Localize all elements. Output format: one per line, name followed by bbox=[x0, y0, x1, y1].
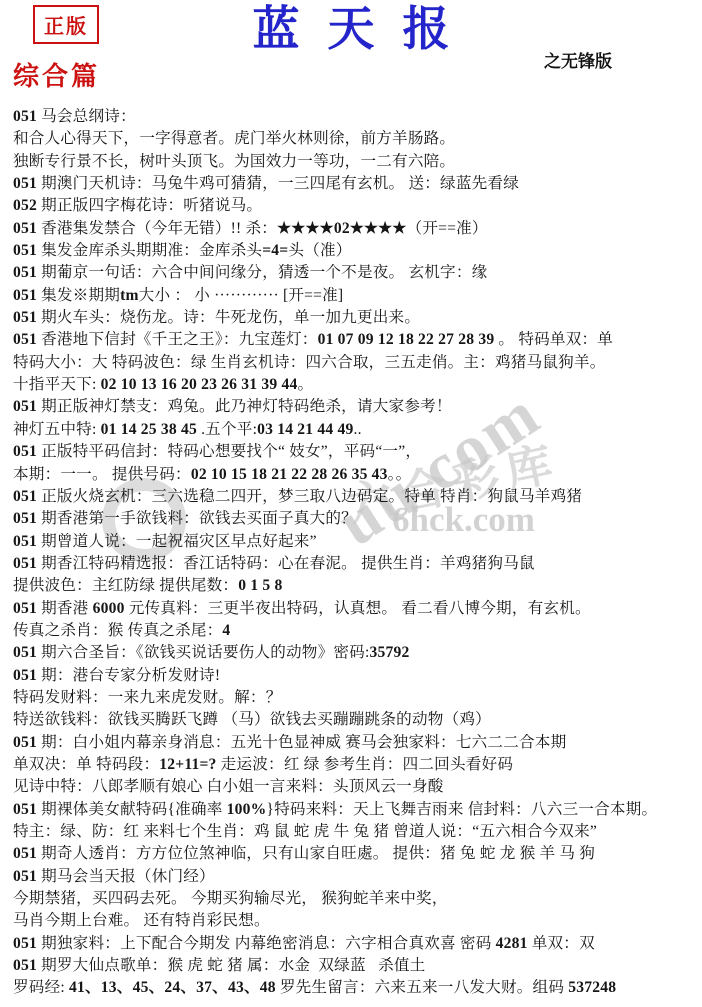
line-bold-text: 051 bbox=[13, 488, 37, 505]
line-text: 特主：绿、防：红 来料七个生肖：鸡 鼠 蛇 虎 牛 兔 猪 曾道人说：“五六相合… bbox=[13, 823, 597, 840]
line-bold-text: 0 1 5 8 bbox=[238, 577, 282, 594]
line-text: 期罗大仙点歌单：猴 虎 蛇 猪 属：水金 双绿蓝 杀值土 bbox=[37, 957, 425, 974]
line-text: 单双：双 bbox=[528, 935, 595, 952]
line-bold-text: 12+11=? bbox=[159, 756, 216, 773]
line-text: 期马会当天报（休门经） bbox=[37, 868, 215, 885]
line-text: 头（准） bbox=[288, 242, 351, 259]
report-line: 051 期罗大仙点歌单：猴 虎 蛇 猪 属：水金 双绿蓝 杀值土 bbox=[13, 955, 699, 977]
report-line: 051 期裸体美女献特码{准确率 100%}特码来料：天上飞舞吉雨来 信封料：八… bbox=[13, 799, 699, 821]
line-bold-text: 4 bbox=[222, 622, 230, 639]
report-line: 051 期香港第一手欲钱料：欲钱去买面子真大的？ bbox=[13, 508, 699, 530]
report-line: 051 期：白小姐内幕亲身消息：五光十色显神威 赛马会独家料：七六二二合本期 bbox=[13, 732, 699, 754]
line-text: .五个平: bbox=[197, 421, 257, 438]
line-bold-text: 01 14 25 38 45 bbox=[97, 421, 197, 438]
report-line: 见诗中特：八郎孝顺有娘心 白小姐一言来料：头顶风云一身酸 bbox=[13, 776, 699, 798]
line-bold-text: 4281 bbox=[496, 935, 528, 952]
report-line: 051 香港集发禁合（今年无错）!! 杀：★★★★02★★★★（开==准） bbox=[13, 218, 699, 240]
line-text: 。 特码单双：单 bbox=[494, 331, 613, 348]
report-line: 独断专行景不长，树叶头顶飞。为国效力一等功，一二有六陪。 bbox=[13, 151, 699, 173]
line-text: 期六合圣旨：《欲钱买说话要伤人的动物》密码: bbox=[37, 644, 370, 661]
line-text: }特码来料：天上飞舞吉雨来 信封料：八六三一合本期。 bbox=[266, 801, 657, 818]
line-text: 期独家料：上下配合今期发 内幕绝密消息：六字相合真欢喜 密码 bbox=[37, 935, 496, 952]
line-text: 大小 ： 小 ············ [开==准] bbox=[139, 287, 344, 304]
report-line: 051 期马会当天报（休门经） bbox=[13, 866, 699, 888]
report-line: 马肖今期上台难。 还有特肖彩民想。 bbox=[13, 910, 699, 932]
line-text: 期香港第一手欲钱料：欲钱去买面子真大的？ bbox=[37, 510, 357, 527]
edition-label: 之无锋版 bbox=[544, 47, 612, 72]
line-bold-text: 03 14 21 44 49 bbox=[257, 421, 353, 438]
line-text: 正版特平码信封：特码心想要找个“ 妓女”，平码“一”， bbox=[37, 443, 421, 460]
report-line: 特主：绿、防：红 来料七个生肖：鸡 鼠 蛇 虎 牛 兔 猪 曾道人说：“五六相合… bbox=[13, 821, 699, 843]
line-bold-text: 051 bbox=[13, 108, 37, 125]
report-line: 051 期独家料：上下配合今期发 内幕绝密消息：六字相合真欢喜 密码 4281 … bbox=[13, 933, 699, 955]
line-bold-text: 537248 bbox=[568, 979, 616, 996]
report-lines: 051 马会总纲诗：和合人心得天下，一字得意者。虎门举火林则徐，前方羊肠路。独断… bbox=[13, 106, 699, 1000]
line-bold-text: 100% bbox=[227, 801, 267, 818]
report-line: 052 期正版四字梅花诗：听猪说马。 bbox=[13, 195, 699, 217]
line-text: 期香港 bbox=[37, 600, 93, 617]
line-text: 提供波色：主红防绿 提供尾数： bbox=[13, 577, 238, 594]
line-text: 期曾道人说：一起祝福灾区早点好起来” bbox=[37, 533, 317, 550]
report-line: 单双决：单 特码段：12+11=? 走运波：红 绿 参考生肖：四二回头看好码 bbox=[13, 754, 699, 776]
line-text: 马肖今期上台难。 还有特肖彩民想。 bbox=[13, 912, 270, 929]
report-line: 本期：一一。 提供号码：02 10 15 18 21 22 28 26 35 4… bbox=[13, 464, 699, 486]
line-text: 香港地下信封《千王之王》：九宝莲灯： bbox=[37, 331, 318, 348]
report-line: 051 期正版神灯禁支：鸡兔。此乃神灯特码绝杀，请大家参考！ bbox=[13, 396, 699, 418]
line-bold-text: 051 bbox=[13, 845, 37, 862]
report-line: 051 集发金库杀头期期准：金库杀头=4=头（准） bbox=[13, 240, 699, 262]
line-text: .. bbox=[353, 421, 361, 438]
line-bold-text: 051 bbox=[13, 868, 37, 885]
line-bold-text: =4= bbox=[262, 242, 288, 259]
report-line: 051 正版火烧玄机：三六选稳二四开，梦三取八边码定。特单 特肖：狗鼠马羊鸡猪 bbox=[13, 486, 699, 508]
report-line: 051 集发※期期tm大小 ： 小 ············ [开==准] bbox=[13, 285, 699, 307]
report-line: 051 期曾道人说：一起祝福灾区早点好起来” bbox=[13, 531, 699, 553]
line-text: 传真之杀肖：猴 传真之杀尾： bbox=[13, 622, 222, 639]
line-text: 期澳门天机诗：马兔牛鸡可猜猜，一三四尾有玄机。 送：绿蓝先看绿 bbox=[37, 175, 519, 192]
line-text: 香港集发禁合（今年无错）!! 杀： bbox=[37, 220, 277, 237]
line-text: 今期禁猪，买四码去死。 今期买狗输尽光， 猴狗蛇羊来中奖， bbox=[13, 890, 448, 907]
line-bold-text: 051 bbox=[13, 935, 37, 952]
report-line: 特码大小：大 特码波色：绿 生肖玄机诗：四六合取，三五走俏。主：鸡猪马鼠狗羊。 bbox=[13, 352, 699, 374]
report-line: 051 期香江特码精选报：香江话特码：心在春泥。 提供生肖：羊鸡猪狗马鼠 bbox=[13, 553, 699, 575]
genuine-badge: 正版 bbox=[33, 5, 99, 44]
line-bold-text: 051 bbox=[13, 667, 37, 684]
line-bold-text: 051 bbox=[13, 957, 37, 974]
line-text: （开==准） bbox=[407, 220, 488, 237]
report-line: 051 期火车头：烧伤龙。诗：牛死龙伤，单一加九更出来。 bbox=[13, 307, 699, 329]
report-line: 特码发财料：一来九来虎发财。解：？ bbox=[13, 687, 699, 709]
line-text: 期葡京一句话：六合中间问缘分，猜透一个不是夜。 玄机字：缘 bbox=[37, 264, 487, 281]
line-text: 。。 bbox=[388, 466, 412, 483]
line-text: 期正版神灯禁支：鸡兔。此乃神灯特码绝杀，请大家参考！ bbox=[37, 398, 452, 415]
line-text: 期香江特码精选报：香江话特码：心在春泥。 提供生肖：羊鸡猪狗马鼠 bbox=[37, 555, 535, 572]
line-bold-text: 051 bbox=[13, 287, 37, 304]
line-bold-text: 051 bbox=[13, 264, 37, 281]
line-bold-text: 051 bbox=[13, 242, 37, 259]
line-text: 本期：一一。 提供号码： bbox=[13, 466, 191, 483]
line-bold-text: 051 bbox=[13, 734, 37, 751]
line-text: 独断专行景不长，树叶头顶飞。为国效力一等功，一二有六陪。 bbox=[13, 153, 455, 170]
line-text: 期正版四字梅花诗：听猪说马。 bbox=[37, 197, 262, 214]
report-line: 051 期：港台专家分析发财诗! bbox=[13, 665, 699, 687]
line-bold-text: 02 10 15 18 21 22 28 26 35 43 bbox=[191, 466, 388, 483]
line-text: 特码发财料：一来九来虎发财。解：？ bbox=[13, 689, 282, 706]
line-bold-text: 051 bbox=[13, 309, 37, 326]
line-bold-text: 051 bbox=[13, 220, 37, 237]
line-text: 走运波：红 绿 参考生肖：四二回头看好码 bbox=[217, 756, 514, 773]
line-bold-text: 051 bbox=[13, 510, 37, 527]
line-bold-text: 051 bbox=[13, 600, 37, 617]
line-bold-text: 052 bbox=[13, 197, 37, 214]
line-bold-text: 6000 bbox=[93, 600, 125, 617]
report-line: 051 马会总纲诗： bbox=[13, 106, 699, 128]
line-text: 马会总纲诗： bbox=[37, 108, 136, 125]
line-text: 罗先生留言：六来五来一八发大财。组码 bbox=[276, 979, 569, 996]
line-text: 期火车头：烧伤龙。诗：牛死龙伤，单一加九更出来。 bbox=[37, 309, 420, 326]
line-text: 十指平天下: bbox=[13, 376, 97, 393]
line-text: 神灯五中特: bbox=[13, 421, 97, 438]
line-text: 单双决：单 特码段： bbox=[13, 756, 159, 773]
line-text: 。 bbox=[297, 376, 313, 393]
line-bold-text: 051 bbox=[13, 443, 37, 460]
line-bold-text: 41、13、45、24、37、43、48 bbox=[65, 979, 276, 996]
line-bold-text: 051 bbox=[13, 533, 37, 550]
report-line: 罗码经: 41、13、45、24、37、43、48 罗先生留言：六来五来一八发大… bbox=[13, 977, 699, 999]
line-text: 和合人心得天下，一字得意者。虎门举火林则徐，前方羊肠路。 bbox=[13, 130, 455, 147]
line-bold-text: 051 bbox=[13, 644, 37, 661]
report-line: 传真之杀肖：猴 传真之杀尾：4 bbox=[13, 620, 699, 642]
line-text: 特送欲钱料：欲钱买腾跃飞蹲 （马）欲钱去买蹦蹦跳条的动物（鸡） bbox=[13, 711, 491, 728]
line-text: 正版火烧玄机：三六选稳二四开，梦三取八边码定。特单 特肖：狗鼠马羊鸡猪 bbox=[37, 488, 582, 505]
line-bold-text: ★★★★02★★★★ bbox=[277, 220, 406, 237]
report-line: 神灯五中特: 01 14 25 38 45 .五个平:03 14 21 44 4… bbox=[13, 419, 699, 441]
line-bold-text: tm bbox=[120, 287, 139, 304]
line-text: 集发※期期 bbox=[37, 287, 120, 304]
line-text: 罗码经: bbox=[13, 979, 65, 996]
report-line: 和合人心得天下，一字得意者。虎门举火林则徐，前方羊肠路。 bbox=[13, 128, 699, 150]
report-line: 051 期澳门天机诗：马兔牛鸡可猜猜，一三四尾有玄机。 送：绿蓝先看绿 bbox=[13, 173, 699, 195]
line-bold-text: 051 bbox=[13, 331, 37, 348]
line-bold-text: 051 bbox=[13, 398, 37, 415]
line-text: 集发金库杀头期期准：金库杀头 bbox=[37, 242, 262, 259]
line-text: 期奇人透肖：方方位位煞神临，只有山家自旺處。 提供：猪 兔 蛇 龙 猴 羊 马 … bbox=[37, 845, 595, 862]
line-text: 元传真料：三更半夜出特码，认真想。 看二看八博今期，有玄机。 bbox=[125, 600, 591, 617]
line-bold-text: 051 bbox=[13, 801, 37, 818]
section-title: 综合篇 bbox=[13, 56, 100, 93]
line-text: 期：白小姐内幕亲身消息：五光十色显神威 赛马会独家料：七六二二合本期 bbox=[37, 734, 566, 751]
line-bold-text: 051 bbox=[13, 175, 37, 192]
report-line: 051 期六合圣旨：《欲钱买说话要伤人的动物》密码:35792 bbox=[13, 642, 699, 664]
line-bold-text: 35792 bbox=[370, 644, 410, 661]
report-line: 051 期葡京一句话：六合中间问缘分，猜透一个不是夜。 玄机字：缘 bbox=[13, 262, 699, 284]
line-text: 期裸体美女献特码{准确率 bbox=[37, 801, 227, 818]
report-line: 今期禁猪，买四码去死。 今期买狗输尽光， 猴狗蛇羊来中奖， bbox=[13, 888, 699, 910]
report-line: 051 香港地下信封《千王之王》：九宝莲灯：01 07 09 12 18 22 … bbox=[13, 329, 699, 351]
report-line: 051 期香港 6000 元传真料：三更半夜出特码，认真想。 看二看八博今期，有… bbox=[13, 598, 699, 620]
line-text: 期：港台专家分析发财诗! bbox=[37, 667, 220, 684]
line-bold-text: 02 10 13 16 20 23 26 31 39 44 bbox=[97, 376, 298, 393]
report-line: 051 期奇人透肖：方方位位煞神临，只有山家自旺處。 提供：猪 兔 蛇 龙 猴 … bbox=[13, 843, 699, 865]
line-bold-text: 01 07 09 12 18 22 27 28 39 bbox=[318, 331, 495, 348]
report-page: uu.com 六合彩库 6hck.com 正版 蓝天报 之无锋版 综合篇 051… bbox=[0, 0, 702, 1007]
report-line: 十指平天下: 02 10 13 16 20 23 26 31 39 44。 bbox=[13, 374, 699, 396]
line-text: 见诗中特：八郎孝顺有娘心 白小姐一言来料：头顶风云一身酸 bbox=[13, 778, 444, 795]
report-line: 提供波色：主红防绿 提供尾数：0 1 5 8 bbox=[13, 575, 699, 597]
report-line: 051 正版特平码信封：特码心想要找个“ 妓女”，平码“一”， bbox=[13, 441, 699, 463]
report-line: 特送欲钱料：欲钱买腾跃飞蹲 （马）欲钱去买蹦蹦跳条的动物（鸡） bbox=[13, 709, 699, 731]
line-text: 特码大小：大 特码波色：绿 生肖玄机诗：四六合取，三五走俏。主：鸡猪马鼠狗羊。 bbox=[13, 354, 606, 371]
line-bold-text: 051 bbox=[13, 555, 37, 572]
